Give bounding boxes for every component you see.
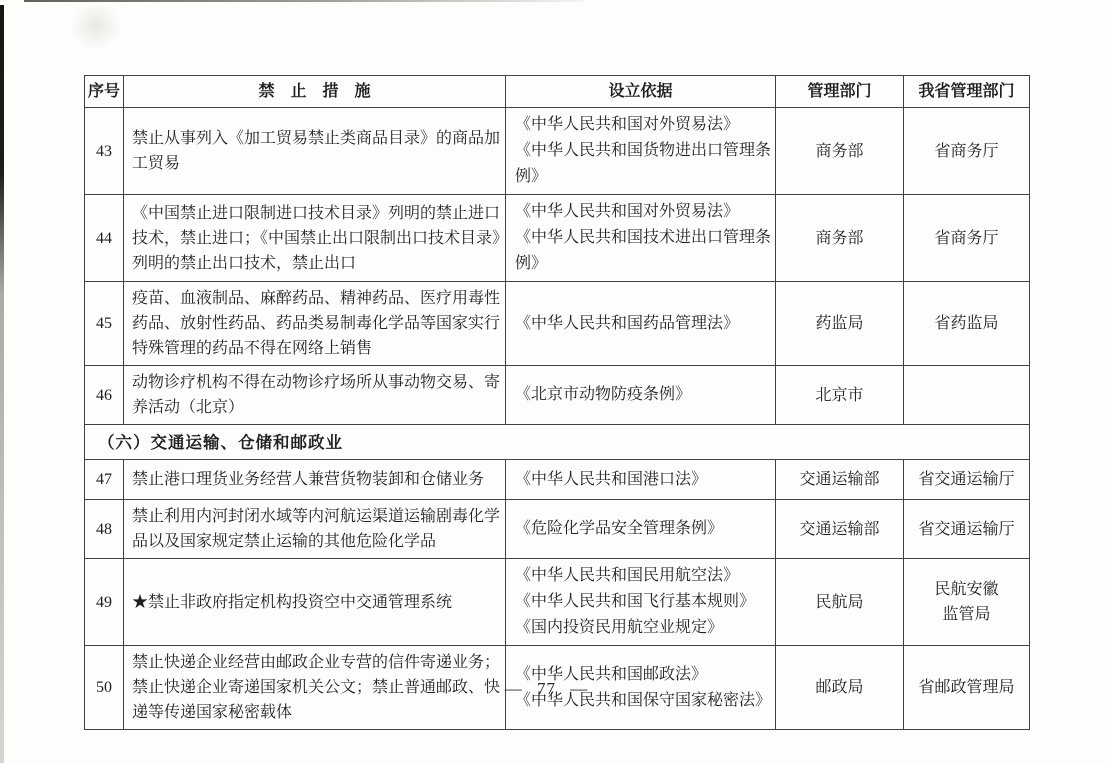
table-row: 46 动物诊疗机构不得在动物诊疗场所从事动物交易、寄养活动（北京） 《北京市动物… bbox=[85, 366, 1030, 425]
cell-dept: 交通运输部 bbox=[776, 500, 904, 559]
cell-dept: 北京市 bbox=[776, 366, 904, 425]
scanned-document-page: 序号 禁 止 措 施 设立依据 管理部门 我省管理部门 43 禁止从事列入《加工… bbox=[0, 0, 1106, 765]
col-header-no: 序号 bbox=[85, 76, 124, 108]
cell-dept: 药监局 bbox=[776, 282, 904, 366]
cell-measure: 疫苗、血液制品、麻醉药品、精神药品、医疗用毒性药品、放射性药品、药品类易制毒化学… bbox=[124, 282, 506, 366]
cell-province-dept: 省交通运输厅 bbox=[904, 460, 1030, 500]
cell-no: 46 bbox=[85, 366, 124, 425]
cell-province-dept: 省商务厅 bbox=[904, 195, 1030, 282]
cell-measure: ★禁止非政府指定机构投资空中交通管理系统 bbox=[124, 559, 506, 646]
cell-dept: 民航局 bbox=[776, 559, 904, 646]
cell-dept: 交通运输部 bbox=[776, 460, 904, 500]
cell-no: 47 bbox=[85, 460, 124, 500]
cell-province-dept: 省交通运输厅 bbox=[904, 500, 1030, 559]
cell-basis: 《中华人民共和国对外贸易法》 《中华人民共和国技术进出口管理条例》 bbox=[506, 195, 776, 282]
cell-province-dept bbox=[904, 366, 1030, 425]
cell-measure: 禁止利用内河封闭水域等内河航运渠道运输剧毒化学品以及国家规定禁止运输的其他危险化… bbox=[124, 500, 506, 559]
cell-basis: 《中华人民共和国港口法》 bbox=[506, 460, 776, 500]
col-header-measure: 禁 止 措 施 bbox=[124, 76, 506, 108]
cell-measure: 禁止港口理货业务经营人兼营货物装卸和仓储业务 bbox=[124, 460, 506, 500]
section-header-row: （六）交通运输、仓储和邮政业 bbox=[85, 425, 1030, 460]
cell-basis: 《北京市动物防疫条例》 bbox=[506, 366, 776, 425]
cell-measure: 动物诊疗机构不得在动物诊疗场所从事动物交易、寄养活动（北京） bbox=[124, 366, 506, 425]
cell-basis: 《中华人民共和国对外贸易法》 《中华人民共和国货物进出口管理条例》 bbox=[506, 108, 776, 195]
cell-dept: 商务部 bbox=[776, 108, 904, 195]
cell-no: 49 bbox=[85, 559, 124, 646]
table-row: 48 禁止利用内河封闭水域等内河航运渠道运输剧毒化学品以及国家规定禁止运输的其他… bbox=[85, 500, 1030, 559]
cell-basis: 《中华人民共和国药品管理法》 bbox=[506, 282, 776, 366]
table-row: 45 疫苗、血液制品、麻醉药品、精神药品、医疗用毒性药品、放射性药品、药品类易制… bbox=[85, 282, 1030, 366]
cell-no: 45 bbox=[85, 282, 124, 366]
cell-province-dept: 民航安徽 监管局 bbox=[904, 559, 1030, 646]
page-number: — 77 — bbox=[84, 679, 1009, 699]
col-header-dept: 管理部门 bbox=[776, 76, 904, 108]
scan-edge-artifact-left bbox=[0, 5, 4, 763]
cell-measure: 《中国禁止进口限制进口技术目录》列明的禁止进口技术，禁止进口；《中国禁止出口限制… bbox=[124, 195, 506, 282]
cell-basis: 《中华人民共和国民用航空法》 《中华人民共和国飞行基本规则》 《国内投资民用航空… bbox=[506, 559, 776, 646]
scan-smudge-artifact bbox=[70, 2, 122, 50]
cell-basis: 《危险化学品安全管理条例》 bbox=[506, 500, 776, 559]
table-row: 43 禁止从事列入《加工贸易禁止类商品目录》的商品加工贸易 《中华人民共和国对外… bbox=[85, 108, 1030, 195]
cell-province-dept: 省药监局 bbox=[904, 282, 1030, 366]
table-header-row: 序号 禁 止 措 施 设立依据 管理部门 我省管理部门 bbox=[85, 76, 1030, 108]
cell-no: 48 bbox=[85, 500, 124, 559]
cell-dept: 商务部 bbox=[776, 195, 904, 282]
col-header-basis: 设立依据 bbox=[506, 76, 776, 108]
cell-measure: 禁止从事列入《加工贸易禁止类商品目录》的商品加工贸易 bbox=[124, 108, 506, 195]
table-row: 49 ★禁止非政府指定机构投资空中交通管理系统 《中华人民共和国民用航空法》 《… bbox=[85, 559, 1030, 646]
prohibition-measures-table: 序号 禁 止 措 施 设立依据 管理部门 我省管理部门 43 禁止从事列入《加工… bbox=[84, 75, 1030, 730]
table-row: 47 禁止港口理货业务经营人兼营货物装卸和仓储业务 《中华人民共和国港口法》 交… bbox=[85, 460, 1030, 500]
section-header-label: （六）交通运输、仓储和邮政业 bbox=[85, 425, 1030, 460]
col-header-province-dept: 我省管理部门 bbox=[904, 76, 1030, 108]
table-row: 44 《中国禁止进口限制进口技术目录》列明的禁止进口技术，禁止进口；《中国禁止出… bbox=[85, 195, 1030, 282]
cell-province-dept: 省商务厅 bbox=[904, 108, 1030, 195]
cell-no: 44 bbox=[85, 195, 124, 282]
cell-no: 43 bbox=[85, 108, 124, 195]
